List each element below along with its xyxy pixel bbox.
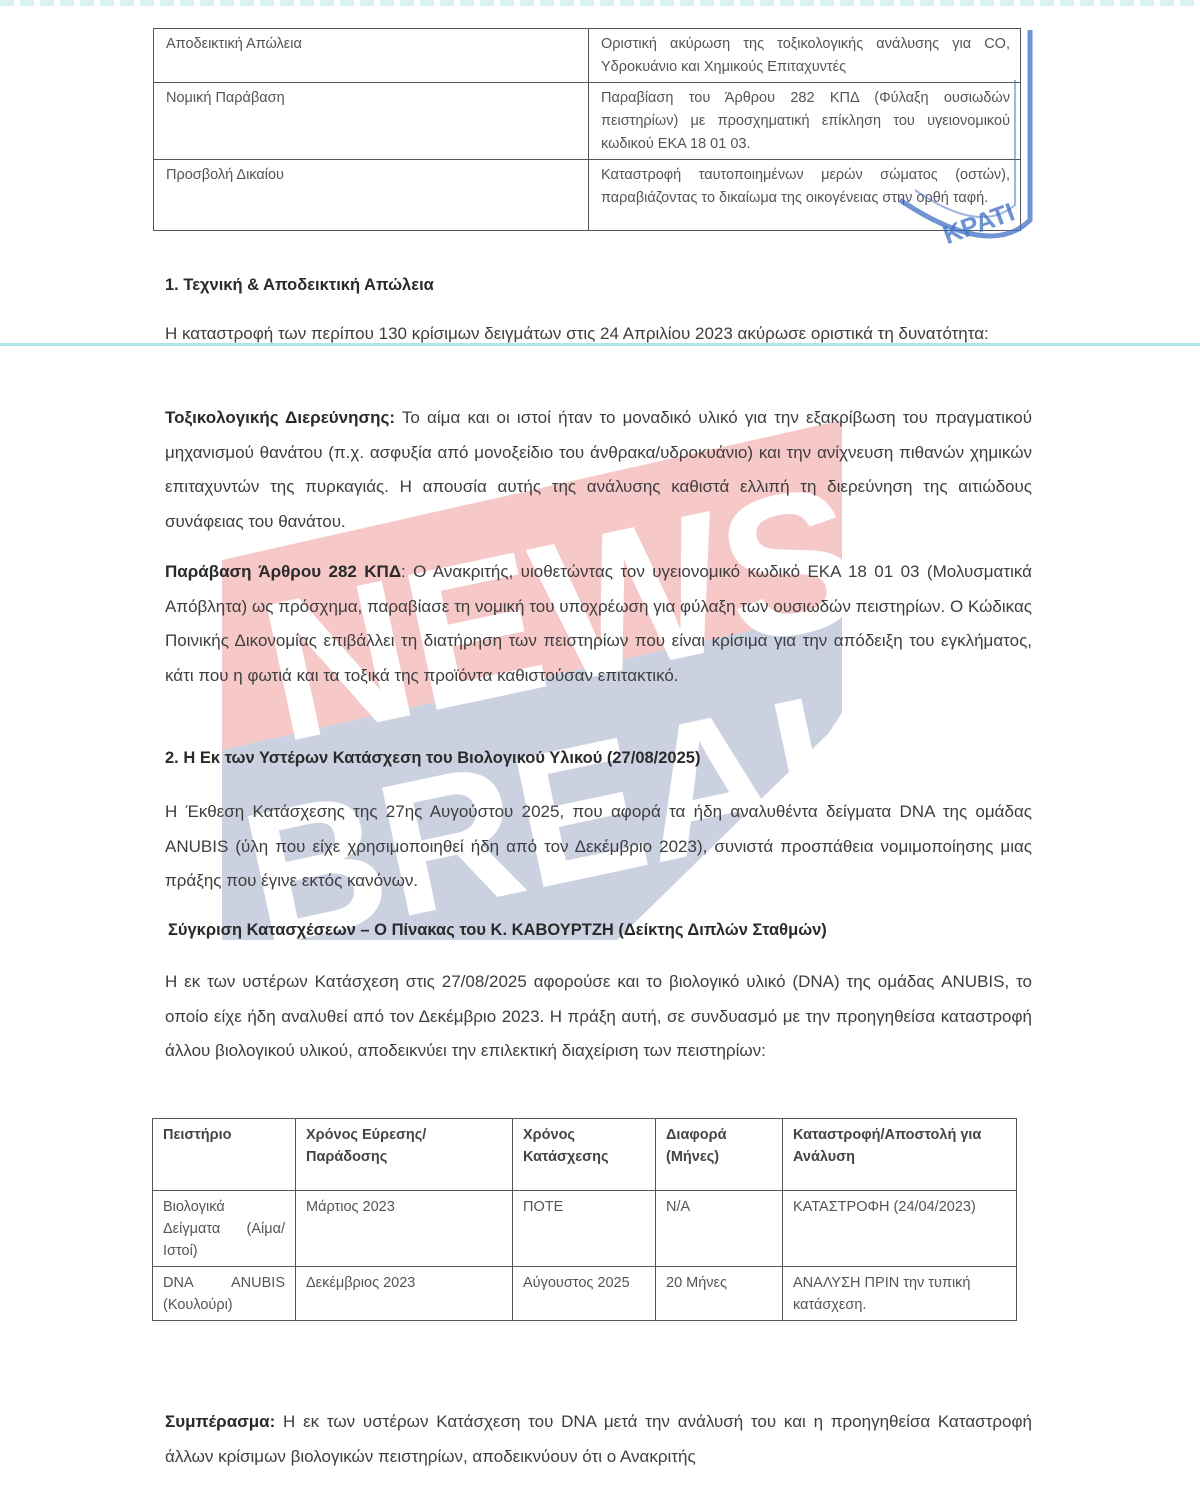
column-header: Χρόνος Εύρεσης/Παράδοσης	[296, 1119, 513, 1191]
paragraph: Η καταστροφή των περίπου 130 κρίσιμων δε…	[165, 317, 1032, 352]
table-cell: Βιολογικά Δείγματα (Αίμα/Ιστοί)	[153, 1191, 296, 1267]
column-header: Καταστροφή/Αποστολή για Ανάλυση	[783, 1119, 1017, 1191]
paragraph-label: Συμπέρασμα:	[165, 1412, 275, 1431]
table-cell: ΠΟΤΕ	[513, 1191, 656, 1267]
table-row: Αποδεικτική Απώλεια Οριστική ακύρωση της…	[154, 29, 1021, 83]
paragraph-text: Η εκ των υστέρων Κατάσχεση του DNA μετά …	[165, 1412, 1032, 1466]
document-page: Αποδεικτική Απώλεια Οριστική ακύρωση της…	[0, 0, 1200, 1500]
paragraph-label: Παράβαση Άρθρου 282 ΚΠΔ	[165, 562, 401, 581]
summary-label: Νομική Παράβαση	[154, 83, 589, 160]
table-cell: Μάρτιος 2023	[296, 1191, 513, 1267]
section-heading: 1. Τεχνική & Αποδεικτική Απώλεια	[165, 273, 434, 297]
column-header: Διαφορά (Μήνες)	[656, 1119, 783, 1191]
scan-artifact-line	[0, 343, 1200, 346]
table-row: Νομική Παράβαση Παραβίαση του Άρθρου 282…	[154, 83, 1021, 160]
summary-table: Αποδεικτική Απώλεια Οριστική ακύρωση της…	[153, 28, 1021, 231]
table-cell: ΑΝΑΛΥΣΗ ΠΡΙΝ την τυπική κατάσχεση.	[783, 1267, 1017, 1321]
table-cell: 20 Μήνες	[656, 1267, 783, 1321]
conclusion-paragraph: Συμπέρασμα: Η εκ των υστέρων Κατάσχεση τ…	[165, 1405, 1032, 1474]
table-cell: N/A	[656, 1191, 783, 1267]
column-header: Πειστήριο	[153, 1119, 296, 1191]
column-header: Χρόνος Κατάσχεσης	[513, 1119, 656, 1191]
paragraph: Τοξικολογικής Διερεύνησης: Το αίμα και ο…	[165, 401, 1032, 539]
paragraph: Η εκ των υστέρων Κατάσχεση στις 27/08/20…	[165, 965, 1032, 1069]
summary-value: Καταστροφή ταυτοποιημένων μερών σώματος …	[589, 160, 1021, 231]
paragraph: Παράβαση Άρθρου 282 ΚΠΔ: Ο Ανακριτής, υι…	[165, 555, 1032, 693]
comparison-table: Πειστήριο Χρόνος Εύρεσης/Παράδοσης Χρόνο…	[152, 1118, 1017, 1321]
summary-value: Οριστική ακύρωση της τοξικολογικής ανάλυ…	[589, 29, 1021, 83]
paragraph: Η Έκθεση Κατάσχεσης της 27ης Αυγούστου 2…	[165, 795, 1032, 899]
section-heading: 2. Η Εκ των Υστέρων Κατάσχεση του Βιολογ…	[165, 746, 700, 770]
paragraph-label: Τοξικολογικής Διερεύνησης:	[165, 408, 395, 427]
section-subheading: Σύγκριση Κατασχέσεων – Ο Πίνακας του Κ. …	[168, 918, 827, 942]
table-cell: Δεκέμβριος 2023	[296, 1267, 513, 1321]
table-row: Προσβολή Δικαίου Καταστροφή ταυτοποιημέν…	[154, 160, 1021, 231]
table-cell: DNA ANUBIS (Κουλούρι)	[153, 1267, 296, 1321]
table-header-row: Πειστήριο Χρόνος Εύρεσης/Παράδοσης Χρόνο…	[153, 1119, 1017, 1191]
summary-label: Αποδεικτική Απώλεια	[154, 29, 589, 83]
table-cell: ΚΑΤΑΣΤΡΟΦΗ (24/04/2023)	[783, 1191, 1017, 1267]
summary-value: Παραβίαση του Άρθρου 282 ΚΠΔ (Φύλαξη ουσ…	[589, 83, 1021, 160]
summary-label: Προσβολή Δικαίου	[154, 160, 589, 231]
table-row: Βιολογικά Δείγματα (Αίμα/Ιστοί) Μάρτιος …	[153, 1191, 1017, 1267]
table-cell: Αύγουστος 2025	[513, 1267, 656, 1321]
table-row: DNA ANUBIS (Κουλούρι) Δεκέμβριος 2023 Αύ…	[153, 1267, 1017, 1321]
